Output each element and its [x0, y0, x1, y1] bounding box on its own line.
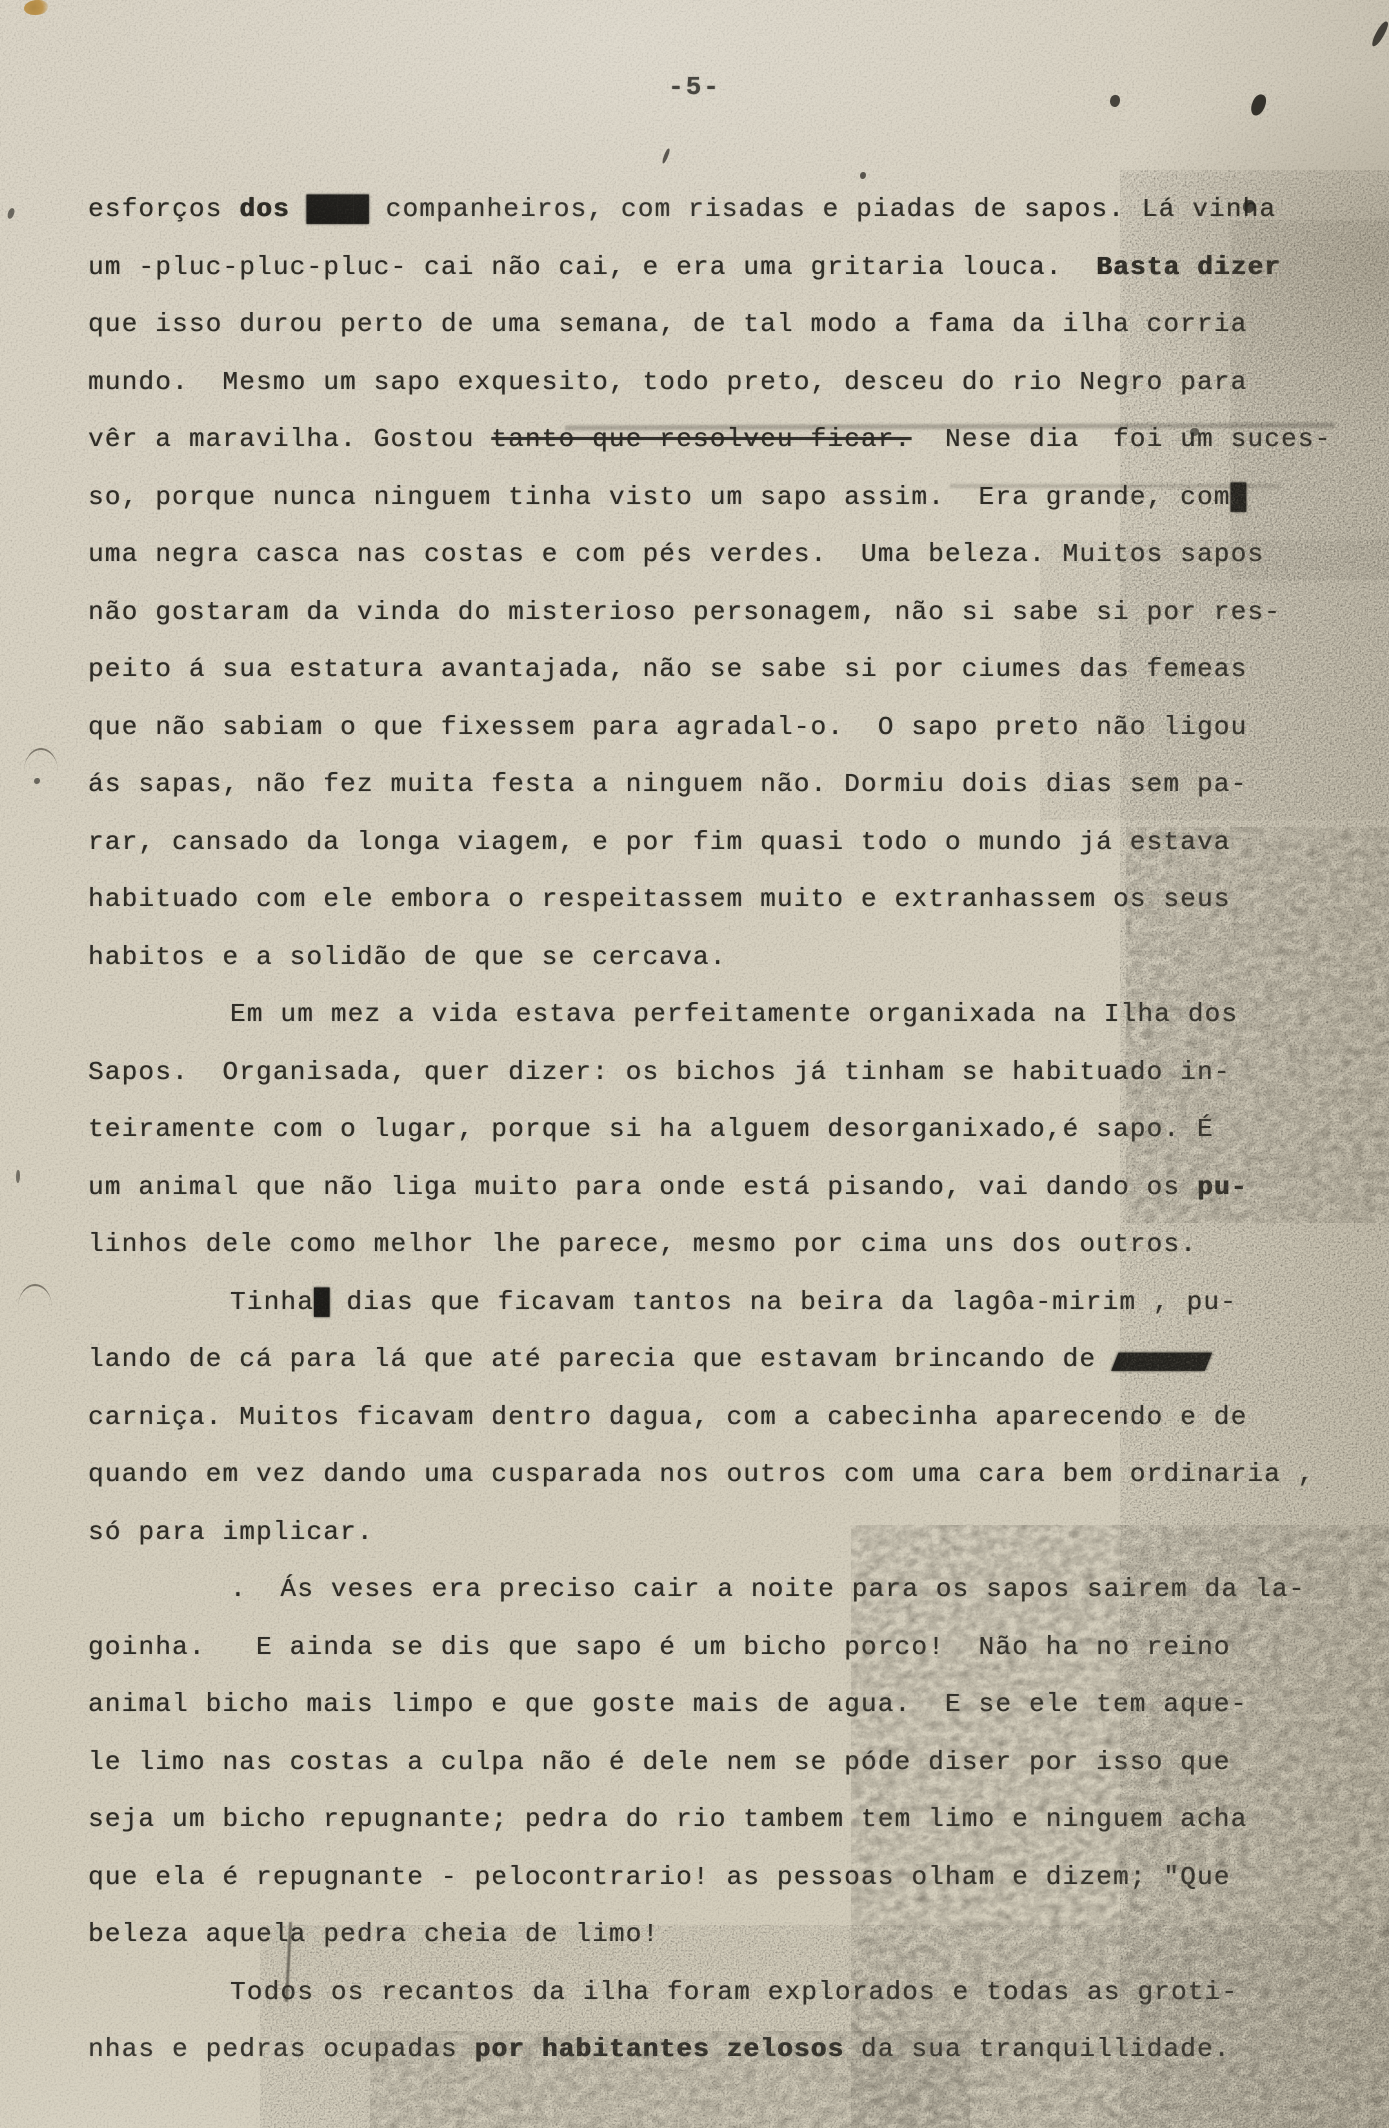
- text-line: beleza aquela pedra cheia de limo!: [88, 1917, 1358, 1975]
- text-line: que não sabiam o que fixessem para agrad…: [88, 710, 1358, 768]
- text-segment: habituado com ele embora o respeitassem …: [88, 884, 1231, 914]
- text-segment: rar, cansado da longa viagem, e por fim …: [88, 827, 1231, 857]
- text-line: mundo. Mesmo um sapo exquesito, todo pre…: [88, 365, 1358, 423]
- scribbled-word: ██████: [1111, 1351, 1213, 1372]
- text-segment: goinha. E ainda se dis que sapo é um bic…: [88, 1632, 1231, 1662]
- text-segment: da sua tranquillidade.: [844, 2034, 1230, 2064]
- text-segment: peito á sua estatura avantajada, não se …: [88, 654, 1247, 684]
- text-segment: ás sapas, não fez muita festa a ninguem …: [88, 769, 1247, 799]
- text-line: rar, cansado da longa viagem, e por fim …: [88, 825, 1358, 883]
- text-segment: quando em vez dando uma cusparada nos ou…: [88, 1459, 1315, 1489]
- text-line: teiramente com o lugar, porque si ha alg…: [88, 1112, 1358, 1170]
- text-segment: mundo. Mesmo um sapo exquesito, todo pre…: [88, 367, 1247, 397]
- text-segment: Sapos. Organisada, quer dizer: os bichos…: [88, 1057, 1231, 1087]
- text-line: peito á sua estatura avantajada, não se …: [88, 652, 1358, 710]
- text-segment: lando de cá para lá que até parecia que …: [88, 1344, 1113, 1374]
- text-segment: só para implicar.: [88, 1517, 374, 1547]
- text-segment: Tinha: [230, 1287, 314, 1317]
- paper-stain: [24, 0, 48, 15]
- text-segment: so, porque nunca ninguem tinha visto um …: [88, 482, 1231, 512]
- ink-speck: [34, 778, 40, 784]
- text-line: seja um bicho repugnante; pedra do rio t…: [88, 1802, 1358, 1860]
- text-segment: vêr a maravilha. Gostou: [88, 424, 491, 454]
- text-segment: animal bicho mais limpo e que goste mais…: [88, 1689, 1247, 1719]
- overinked-text: por habitantes zelosos: [474, 2034, 844, 2064]
- text-segment: . Ás veses era preciso cair a noite para…: [230, 1574, 1305, 1604]
- overinked-text: Basta dizer: [1096, 252, 1281, 282]
- text-line: le limo nas costas a culpa não é dele ne…: [88, 1745, 1358, 1803]
- redacted-word: ████: [306, 194, 368, 224]
- pen-mark: [24, 748, 58, 774]
- text-line: um animal que não liga muito para onde e…: [88, 1170, 1358, 1228]
- text-segment: que não sabiam o que fixessem para agrad…: [88, 712, 1247, 742]
- text-segment: habitos e a solidão de que se cercava.: [88, 942, 727, 972]
- text-line: animal bicho mais limpo e que goste mais…: [88, 1687, 1358, 1745]
- pen-mark: [18, 1284, 52, 1310]
- text-segment: que isso durou perto de uma semana, de t…: [88, 309, 1247, 339]
- text-line: vêr a maravilha. Gostou tanto que resolv…: [88, 422, 1358, 480]
- text-line: habitos e a solidão de que se cercava.: [88, 940, 1358, 998]
- text-segment: um animal que não liga muito para onde e…: [88, 1172, 1197, 1202]
- text-line: um -pluc-pluc-pluc- cai não cai, e era u…: [88, 250, 1358, 308]
- ink-speck: [1370, 20, 1389, 48]
- text-line: uma negra casca nas costas e com pés ver…: [88, 537, 1358, 595]
- text-line: so, porque nunca ninguem tinha visto um …: [88, 480, 1358, 538]
- ink-speck: [661, 148, 670, 164]
- text-line: Tinha█ dias que ficavam tantos na beira …: [88, 1285, 1358, 1343]
- text-line: não gostaram da vinda do misterioso pers…: [88, 595, 1358, 653]
- text-segment: linhos dele como melhor lhe parece, mesm…: [88, 1229, 1197, 1259]
- text-line: lando de cá para lá que até parecia que …: [88, 1342, 1358, 1400]
- text-line: ás sapas, não fez muita festa a ninguem …: [88, 767, 1358, 825]
- text-segment: companheiros, com risadas e piadas de sa…: [369, 194, 1276, 224]
- text-segment: Nese dia foi um suces-: [911, 424, 1331, 454]
- redacted-word: █: [314, 1287, 330, 1317]
- text-line: quando em vez dando uma cusparada nos ou…: [88, 1457, 1358, 1515]
- text-line: esforços dos ████ companheiros, com risa…: [88, 192, 1358, 250]
- text-segment: não gostaram da vinda do misterioso pers…: [88, 597, 1281, 627]
- page-number: -5-: [0, 72, 1389, 102]
- text-segment: teiramente com o lugar, porque si ha alg…: [88, 1114, 1214, 1144]
- text-line: linhos dele como melhor lhe parece, mesm…: [88, 1227, 1358, 1285]
- text-segment: beleza aquela pedra cheia de limo!: [88, 1919, 659, 1949]
- text-segment: esforços: [88, 194, 239, 224]
- text-segment: um -pluc-pluc-pluc- cai não cai, e era u…: [88, 252, 1096, 282]
- document-page: -5- esforços dos ████ companheiros, com …: [0, 0, 1389, 2128]
- text-line: goinha. E ainda se dis que sapo é um bic…: [88, 1630, 1358, 1688]
- text-line: carniça. Muitos ficavam dentro dagua, co…: [88, 1400, 1358, 1458]
- overinked-text: dos: [239, 194, 306, 224]
- text-line: . Ás veses era preciso cair a noite para…: [88, 1572, 1358, 1630]
- typewritten-text: esforços dos ████ companheiros, com risa…: [88, 192, 1358, 2090]
- text-segment: nhas e pedras ocupadas: [88, 2034, 474, 2064]
- redacted-word: █: [1231, 482, 1247, 512]
- text-line: que isso durou perto de uma semana, de t…: [88, 307, 1358, 365]
- text-line: nhas e pedras ocupadas por habitantes ze…: [88, 2032, 1358, 2090]
- text-line: Sapos. Organisada, quer dizer: os bichos…: [88, 1055, 1358, 1113]
- ink-speck: [16, 1170, 20, 1183]
- struck-text: tanto que resolveu ficar.: [491, 424, 911, 454]
- text-segment: seja um bicho repugnante; pedra do rio t…: [88, 1804, 1247, 1834]
- text-segment: le limo nas costas a culpa não é dele ne…: [88, 1747, 1231, 1777]
- text-line: que ela é repugnante - pelocontrario! as…: [88, 1860, 1358, 1918]
- text-line: só para implicar.: [88, 1515, 1358, 1573]
- ink-speck: [7, 207, 16, 219]
- text-line: habituado com ele embora o respeitassem …: [88, 882, 1358, 940]
- ink-speck: [860, 172, 866, 179]
- text-segment: que ela é repugnante - pelocontrario! as…: [88, 1862, 1231, 1892]
- text-line: Em um mez a vida estava perfeitamente or…: [88, 997, 1358, 1055]
- text-segment: dias que ficavam tantos na beira da lagô…: [330, 1287, 1237, 1317]
- text-segment: uma negra casca nas costas e com pés ver…: [88, 539, 1264, 569]
- overinked-text: pu-: [1197, 1172, 1247, 1202]
- text-line: Todos os recantos da ilha foram explorad…: [88, 1975, 1358, 2033]
- text-segment: carniça. Muitos ficavam dentro dagua, co…: [88, 1402, 1247, 1432]
- text-segment: Todos os recantos da ilha foram explorad…: [230, 1977, 1238, 2007]
- text-segment: Em um mez a vida estava perfeitamente or…: [230, 999, 1238, 1029]
